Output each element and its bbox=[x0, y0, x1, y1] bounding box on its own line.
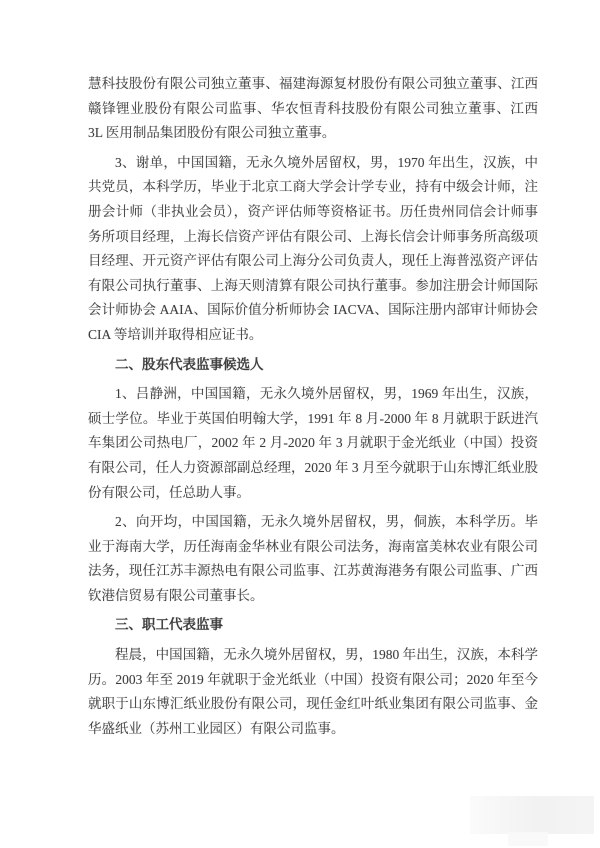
section-heading-shareholder-representative-supervisor-candidates: 二、股东代表监事候选人 bbox=[88, 353, 538, 378]
paragraph-candidate-lv-jingzhou: 1、吕静洲，中国国籍，无永久境外居留权，男，1969 年出生，汉族，硕士学位。毕… bbox=[88, 382, 538, 505]
paragraph-candidate-xie-dan: 3、谢单，中国国籍，无永久境外居留权，男，1970 年出生，汉族，中共党员，本科… bbox=[88, 151, 538, 348]
paragraph-continuation-independent-director-list: 慧科技股份有限公司独立董事、福建海源复材股份有限公司独立董事、江西赣锋锂业股份有… bbox=[88, 72, 538, 146]
section-heading-employee-representative-supervisor: 三、职工代表监事 bbox=[88, 613, 538, 638]
paragraph-candidate-cheng-chen: 程晨，中国国籍，无永久境外居留权，男，1980 年出生，汉族，本科学历。2003… bbox=[88, 643, 538, 741]
faint-watermark-remnant bbox=[470, 796, 594, 834]
document-page: 慧科技股份有限公司独立董事、福建海源复材股份有限公司独立董事、江西赣锋锂业股份有… bbox=[0, 0, 600, 848]
paragraph-candidate-xiang-kaijun: 2、向开均，中国国籍，无永久境外居留权，男，侗族，本科学历。毕业于海南大学，历任… bbox=[88, 510, 538, 608]
